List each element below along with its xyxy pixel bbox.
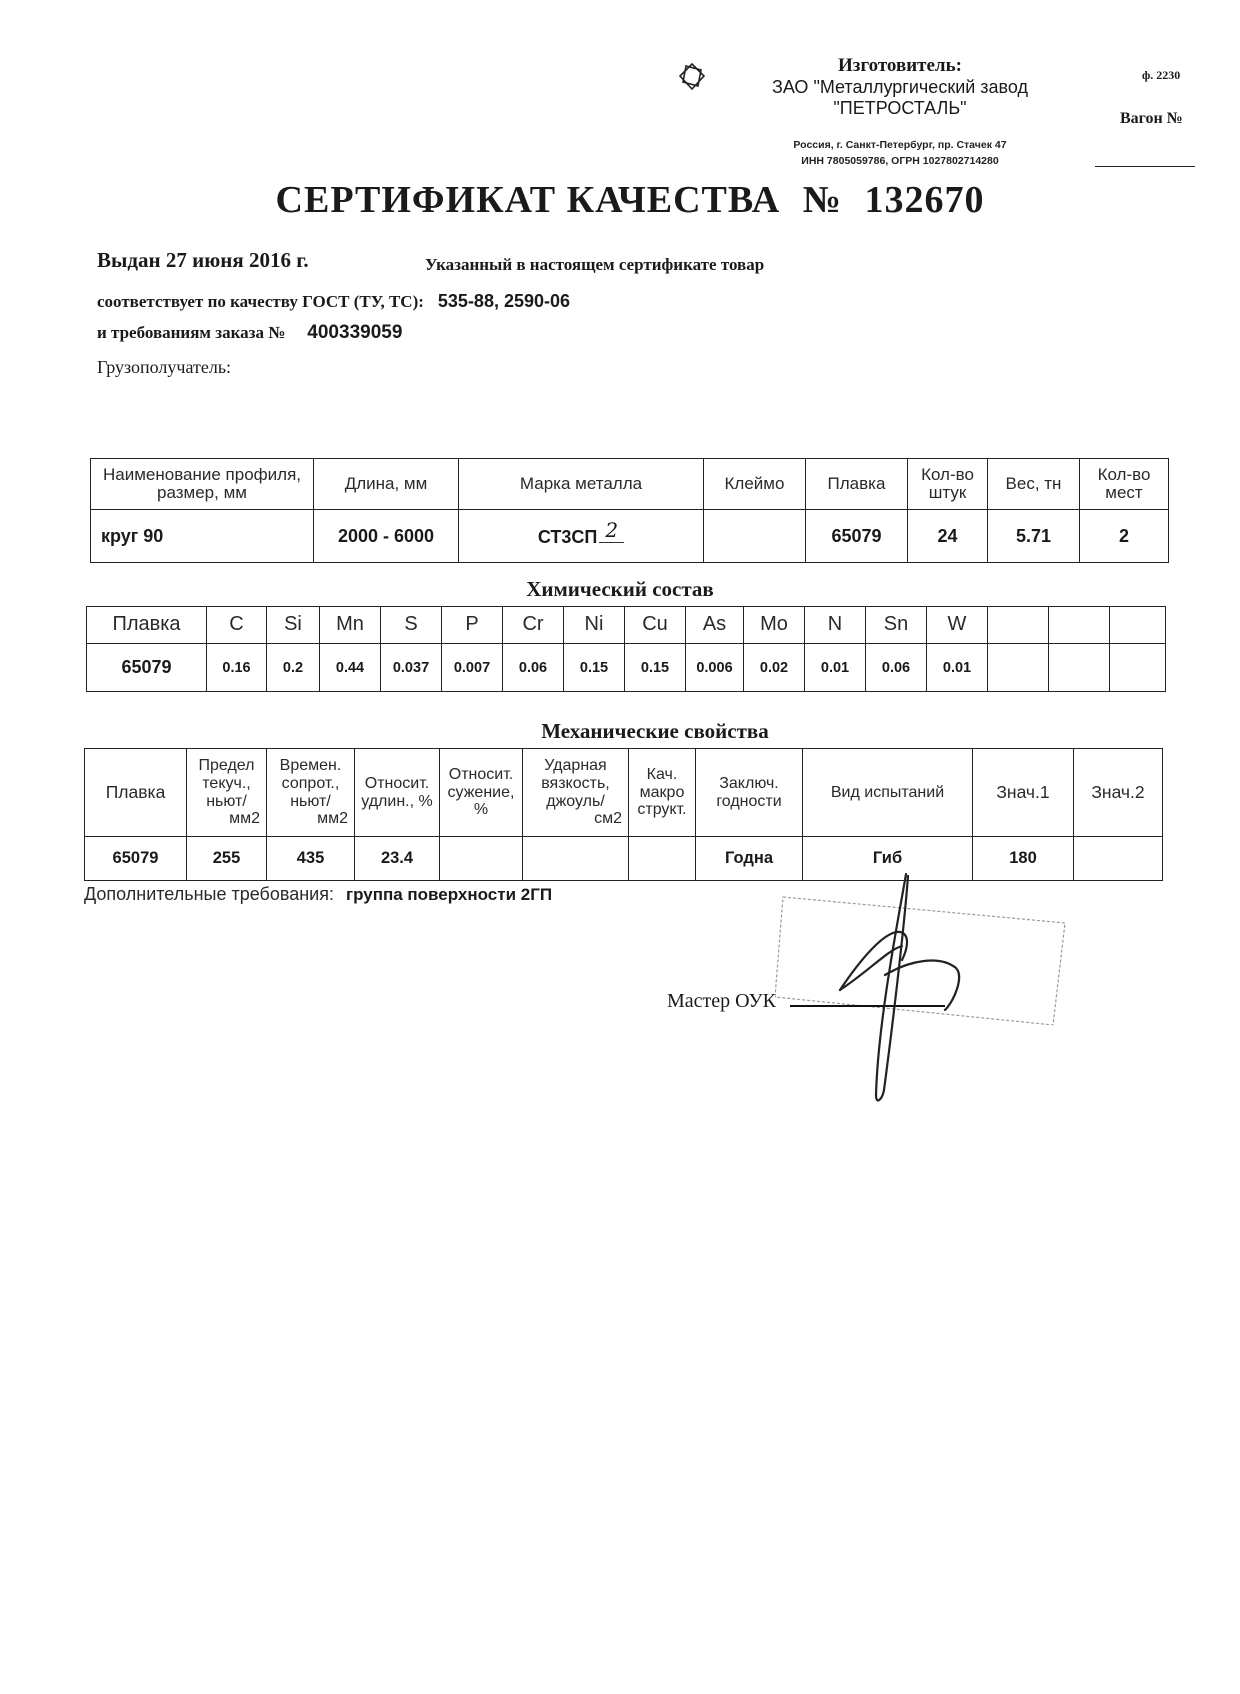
mech-header-label: Времен. сопрот., ньют/ — [280, 757, 342, 810]
mechanical-table: ПлавкаПредел текуч., ньют/мм2Времен. соп… — [84, 748, 1163, 881]
chem-header-element: Ni — [564, 607, 625, 644]
mech-header-label: Плавка — [106, 782, 166, 802]
title-number-sign: № — [803, 179, 842, 221]
mech-cell-value: 435 — [267, 837, 355, 881]
chem-cell-value: 0.037 — [381, 644, 442, 692]
mech-cell-value: 65079 — [85, 837, 187, 881]
chem-cell-value: 0.01 — [927, 644, 988, 692]
mech-header-label: Вид испытаний — [831, 784, 944, 801]
mech-header-cell: Относит. удлин., % — [355, 749, 440, 837]
mech-header-cell: Заключ. годности — [696, 749, 803, 837]
wagon-label: Вагон № — [1120, 110, 1183, 128]
chem-header-element: As — [686, 607, 744, 644]
certificate-number: 132670 — [864, 179, 984, 221]
chem-cell-value: 0.15 — [625, 644, 686, 692]
chem-header-element — [1110, 607, 1166, 644]
chem-cell-value: 0.15 — [564, 644, 625, 692]
chem-cell-value: 0.44 — [320, 644, 381, 692]
mech-cell-value: 255 — [187, 837, 267, 881]
header-quantity: Кол-во штук — [908, 459, 988, 510]
chemical-section-title: Химический состав — [0, 577, 1240, 602]
manufacturer-address: Россия, г. Санкт-Петербург, пр. Стачек 4… — [740, 137, 1060, 153]
cell-profile: круг 90 — [91, 510, 314, 563]
product-header-row: Наименование профиля, размер, мм Длина, … — [91, 459, 1169, 510]
master-role-label: Мастер ОУК — [667, 990, 776, 1013]
gost-label: соответствует по качеству ГОСТ (ТУ, ТС): — [97, 292, 424, 311]
chem-header-element: Mo — [744, 607, 805, 644]
mech-header-cell: Ударная вязкость, джоуль/см2 — [523, 749, 629, 837]
mech-header-unit: мм2 — [269, 810, 352, 828]
consignee-label: Грузополучатель: — [97, 357, 231, 377]
chem-cell-heat: 65079 — [87, 644, 207, 692]
mech-header-cell: Знач.2 — [1074, 749, 1163, 837]
header-brand-mark: Клеймо — [704, 459, 806, 510]
chem-header-element: Cr — [503, 607, 564, 644]
grade-value: СТ3СП — [538, 527, 598, 547]
mechanical-header-row: ПлавкаПредел текуч., ньют/мм2Времен. соп… — [85, 749, 1163, 837]
chem-cell-value: 0.06 — [503, 644, 564, 692]
form-number: ф. 2230 — [1142, 68, 1180, 83]
mech-header-label: Предел текуч., ньют/ — [199, 757, 255, 810]
cell-heat: 65079 — [806, 510, 908, 563]
additional-requirements: Дополнительные требования:группа поверхн… — [84, 884, 552, 905]
chem-cell-value — [1049, 644, 1110, 692]
header-profile: Наименование профиля, размер, мм — [91, 459, 314, 510]
gost-line: соответствует по качеству ГОСТ (ТУ, ТС):… — [97, 291, 570, 312]
chem-cell-value: 0.16 — [207, 644, 267, 692]
order-line: и требованиям заказа №400339059 — [97, 322, 402, 344]
mech-header-cell: Знач.1 — [973, 749, 1074, 837]
header-weight: Вес, тн — [988, 459, 1080, 510]
wagon-number-line — [1095, 166, 1195, 167]
manufacturer-name-line1: ЗАО "Металлургический завод — [740, 77, 1060, 98]
mechanical-section-title: Механические свойства — [0, 719, 1240, 744]
mech-header-cell: Относит. сужение, % — [440, 749, 523, 837]
additional-value: группа поверхности 2ГП — [346, 885, 552, 904]
goods-statement: Указанный в настоящем сертификате товар — [425, 255, 764, 275]
product-row: круг 90 2000 - 6000 СТ3СП2 65079 24 5.71… — [91, 510, 1169, 563]
mech-cell-value — [523, 837, 629, 881]
grade-handwritten-suffix: 2 — [599, 518, 624, 543]
chem-header-element — [988, 607, 1049, 644]
chem-header-element — [1049, 607, 1110, 644]
header-heat: Плавка — [806, 459, 908, 510]
chem-header-element: Mn — [320, 607, 381, 644]
mech-header-label: Заключ. годности — [716, 775, 781, 810]
certificate-title: СЕРТИФИКАТ КАЧЕСТВА № 132670 — [0, 178, 1240, 222]
manufacturer-registration: ИНН 7805059786, ОГРН 1027802714280 — [740, 153, 1060, 169]
chem-header-element: Sn — [866, 607, 927, 644]
order-label: и требованиям заказа № — [97, 323, 285, 342]
mech-header-cell: Предел текуч., ньют/мм2 — [187, 749, 267, 837]
chem-header-element: S — [381, 607, 442, 644]
chem-cell-value: 0.02 — [744, 644, 805, 692]
mech-header-cell: Времен. сопрот., ньют/мм2 — [267, 749, 355, 837]
mech-header-cell: Плавка — [85, 749, 187, 837]
consignee: Грузополучатель: — [97, 357, 231, 378]
chem-header-element: Cu — [625, 607, 686, 644]
product-table: Наименование профиля, размер, мм Длина, … — [90, 458, 1169, 563]
header-places: Кол-во мест — [1080, 459, 1169, 510]
chem-cell-value: 0.2 — [267, 644, 320, 692]
chem-cell-value: 0.007 — [442, 644, 503, 692]
cell-places: 2 — [1080, 510, 1169, 563]
title-text: СЕРТИФИКАТ КАЧЕСТВА — [276, 179, 781, 221]
chem-header-element: P — [442, 607, 503, 644]
chem-cell-value: 0.06 — [866, 644, 927, 692]
cell-grade: СТ3СП2 — [459, 510, 704, 563]
mech-header-label: Кач. макро структ. — [637, 766, 686, 819]
cell-length: 2000 - 6000 — [314, 510, 459, 563]
mech-header-label: Знач.1 — [996, 782, 1049, 802]
mech-cell-value: 23.4 — [355, 837, 440, 881]
handwritten-signature — [780, 870, 1020, 1120]
gost-value: 535-88, 2590-06 — [438, 291, 570, 311]
mech-cell-value — [1074, 837, 1163, 881]
chem-cell-value — [1110, 644, 1166, 692]
manufacturer-label: Изготовитель: — [740, 55, 1060, 77]
additional-label: Дополнительные требования: — [84, 884, 334, 904]
chem-header-element: C — [207, 607, 267, 644]
manufacturer-name-line2: "ПЕТРОСТАЛЬ" — [740, 98, 1060, 119]
chem-header-heat: Плавка — [87, 607, 207, 644]
order-number: 400339059 — [307, 322, 402, 343]
issue-date: Выдан 27 июня 2016 г. — [97, 248, 309, 273]
mech-cell-value — [629, 837, 696, 881]
manufacturer-address-block: Россия, г. Санкт-Петербург, пр. Стачек 4… — [740, 137, 1060, 170]
mech-header-label: Относит. сужение, % — [448, 766, 515, 819]
chem-cell-value — [988, 644, 1049, 692]
chem-header-element: W — [927, 607, 988, 644]
chemical-header-row: ПлавкаCSiMnSPCrNiCuAsMoNSnW — [87, 607, 1166, 644]
manufacturer-block: Изготовитель: ЗАО "Металлургический заво… — [740, 55, 1060, 118]
chem-cell-value: 0.006 — [686, 644, 744, 692]
mech-header-label: Ударная вязкость, джоуль/ — [541, 757, 610, 810]
chem-cell-value: 0.01 — [805, 644, 866, 692]
mech-header-cell: Кач. макро структ. — [629, 749, 696, 837]
mech-header-unit: см2 — [525, 810, 626, 828]
mech-header-cell: Вид испытаний — [803, 749, 973, 837]
chemical-table: ПлавкаCSiMnSPCrNiCuAsMoNSnW 650790.160.2… — [86, 606, 1166, 692]
mech-header-unit: мм2 — [189, 810, 264, 828]
chem-header-element: Si — [267, 607, 320, 644]
cell-quantity: 24 — [908, 510, 988, 563]
header-length: Длина, мм — [314, 459, 459, 510]
diamond-knot-logo-icon — [677, 62, 707, 92]
chem-header-element: N — [805, 607, 866, 644]
cell-weight: 5.71 — [988, 510, 1080, 563]
mech-header-label: Относит. удлин., % — [361, 775, 432, 810]
mech-header-label: Знач.2 — [1091, 782, 1144, 802]
header-grade: Марка металла — [459, 459, 704, 510]
chemical-value-row: 650790.160.20.440.0370.0070.060.150.150.… — [87, 644, 1166, 692]
cell-brand-mark — [704, 510, 806, 563]
mech-cell-value — [440, 837, 523, 881]
